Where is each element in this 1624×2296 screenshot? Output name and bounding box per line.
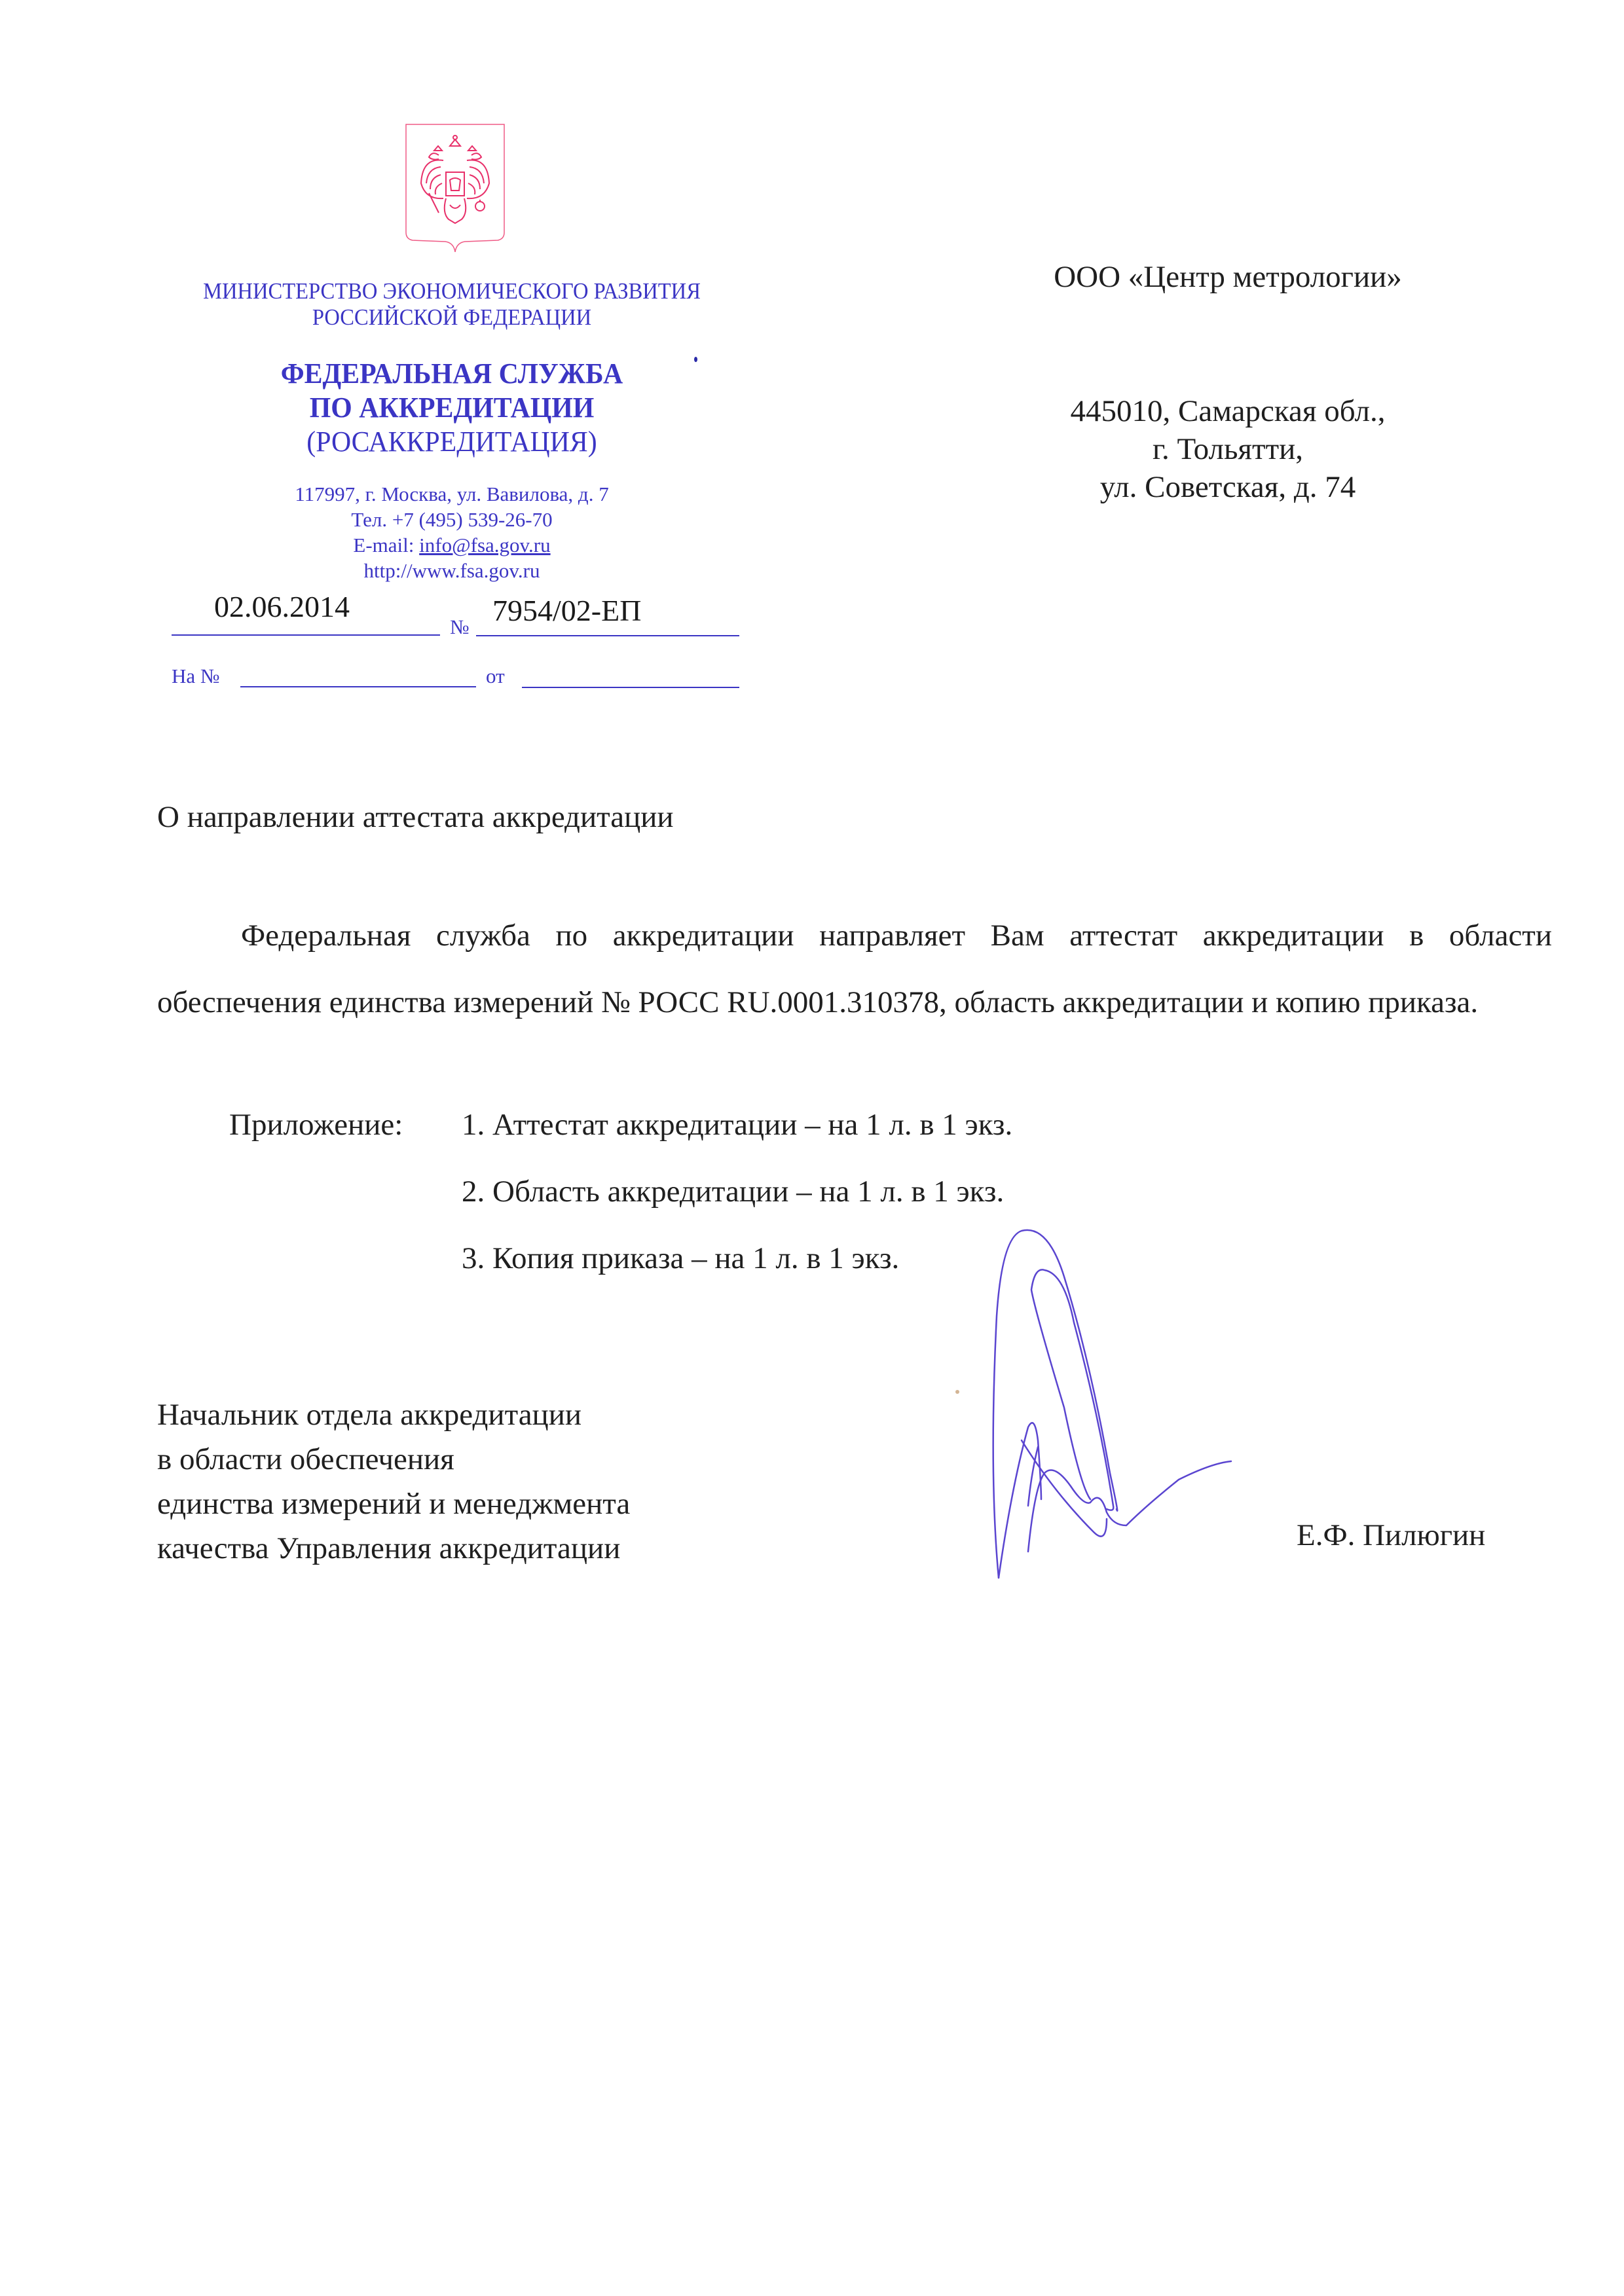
recipient-organization: ООО «Центр метрологии» [982,259,1473,295]
signatory-name: Е.Ф. Пилюгин [1297,1517,1485,1554]
in-reply-date-label: от [486,665,505,688]
in-reply-date-blank [522,687,739,688]
ink-dot [694,357,697,362]
sender-address: 117997, г. Москва, ул. Вавилова, д. 7 [157,481,747,507]
paper-speck [955,1390,959,1394]
coat-of-arms-icon [403,121,507,252]
letter-body: Федеральная служба по аккредитации напра… [157,902,1552,1036]
recipient-address: 445010, Самарская обл., г. Тольятти, ул.… [982,392,1473,506]
date-underline [172,634,440,636]
attachments-list: Приложение:1. Аттестат аккредитации – на… [229,1106,1012,1307]
in-reply-number-blank [240,686,476,687]
attachment-item: 3. Копия приказа – на 1 л. в 1 экз. [229,1240,1012,1307]
sender-email: E-mail: info@fsa.gov.ru [157,532,747,558]
service-short-name: (РОСАККРЕДИТАЦИЯ) [172,425,732,459]
in-reply-to-line: На № от [172,661,738,694]
email-link[interactable]: info@fsa.gov.ru [419,534,550,556]
sender-contacts: 117997, г. Москва, ул. Вавилова, д. 7 Те… [157,481,747,583]
ministry-name: МИНИСТЕРСТВО ЭКОНОМИЧЕСКОГО РАЗВИТИЯ РОС… [178,278,726,331]
outgoing-date: 02.06.2014 [214,589,350,624]
signatory-title: Начальник отдела аккредитации в области … [157,1393,630,1571]
number-underline [476,635,739,636]
registration-line: 02.06.2014 № 7954/02-ЕП [172,589,738,648]
letter-subject: О направлении аттестата аккредитации [157,799,674,835]
recipient-block: ООО «Центр метрологии» 445010, Самарская… [982,259,1473,506]
sender-website[interactable]: http://www.fsa.gov.ru [157,558,747,583]
sender-phone: Тел. +7 (495) 539-26-70 [157,507,747,532]
handwritten-signature-icon [950,1211,1244,1637]
attachment-item: Приложение:1. Аттестат аккредитации – на… [229,1106,1012,1173]
service-name: ФЕДЕРАЛЬНАЯ СЛУЖБА ПО АККРЕДИТАЦИИ [172,357,732,425]
attachments-label: Приложение: [229,1106,462,1143]
outgoing-number: 7954/02-ЕП [492,593,641,628]
number-sign-label: № [450,615,470,639]
attachment-item: 2. Область аккредитации – на 1 л. в 1 эк… [229,1173,1012,1240]
in-reply-number-label: На № [172,665,219,688]
